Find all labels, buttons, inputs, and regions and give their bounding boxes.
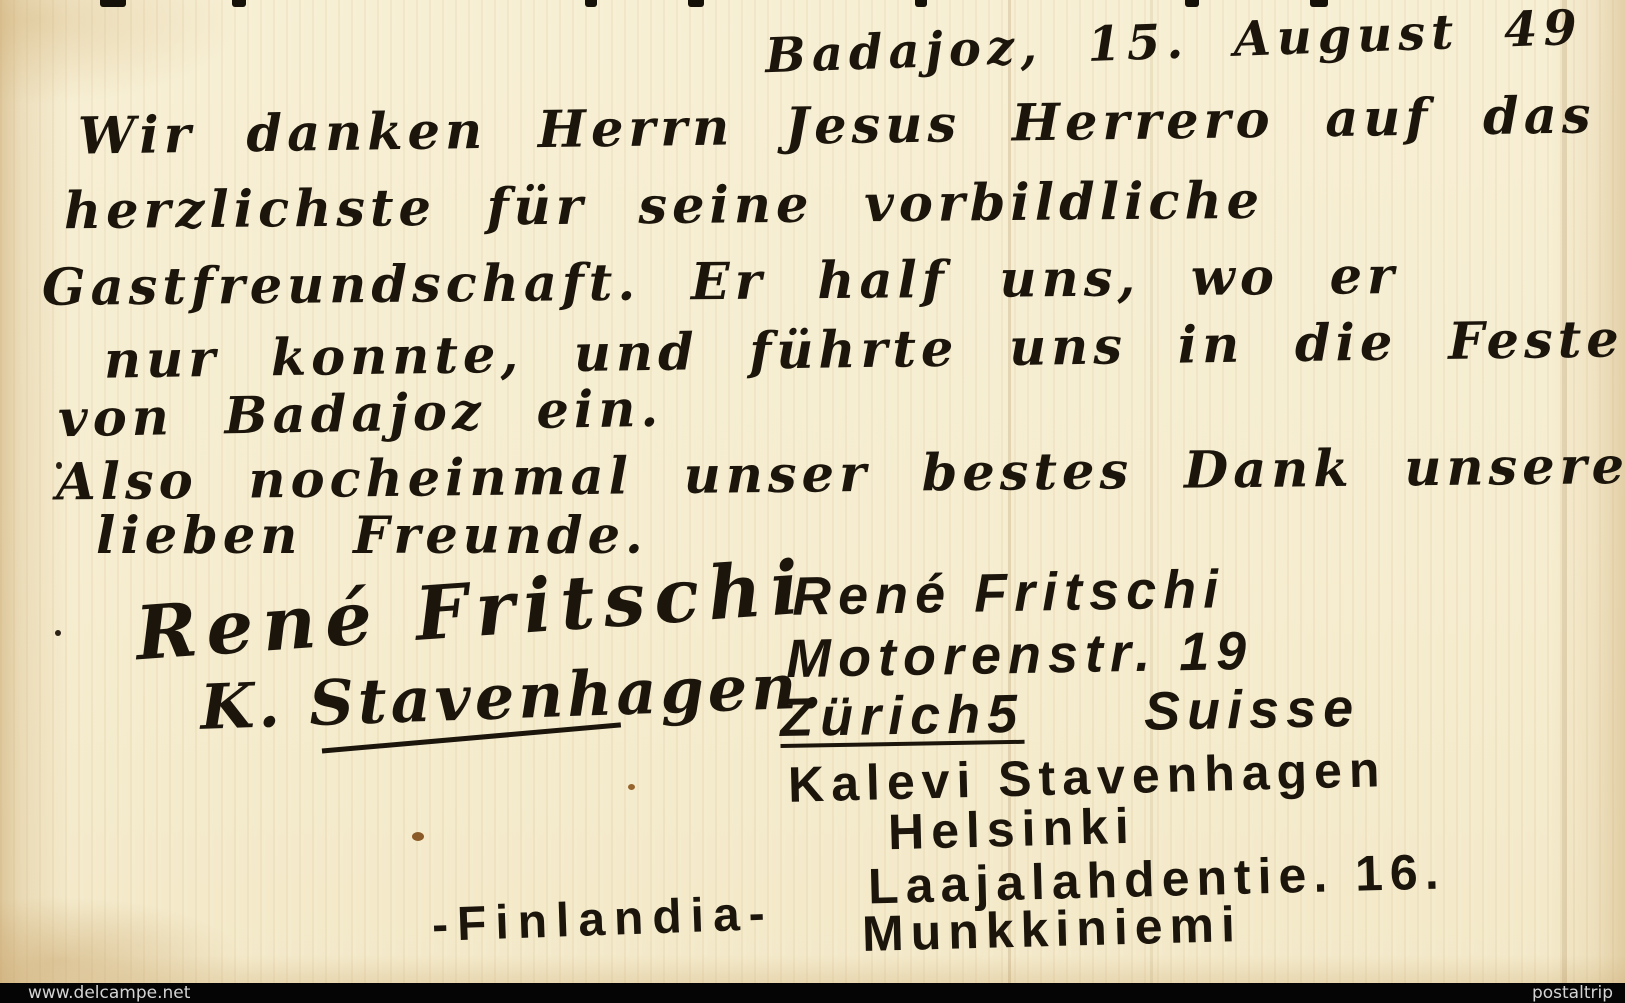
body-line-2: herzlichste für seine vorbildliche [64,171,1265,241]
body-line-3: Gastfreundschaft. Er half uns, wo er [42,246,1399,318]
watermark-postaltrip: postaltrip [1532,983,1613,1003]
watermark-delcampe: www.delcampe.net [28,983,190,1003]
edge-ink-mark [100,0,126,7]
edge-ink-mark [688,0,704,7]
edge-ink-mark [1310,0,1328,7]
paper-speck [55,630,61,636]
spacer [1024,730,1144,732]
edge-ink-mark [915,0,927,7]
recipient-district: Munkkiniemi [861,895,1242,963]
body-line-7: lieben Freunde. [96,506,648,566]
paper-speck [412,832,424,841]
sender-country: Suisse [1144,678,1361,742]
paper-speck [628,784,635,790]
sender-city-line: Zürich5Suisse [780,677,1361,749]
postcard-scan: Badajoz, 15. August 49 Wir danken Herrn … [0,0,1625,1003]
watermark-bar: www.delcampe.net postaltrip [0,983,1625,1003]
edge-ink-mark [1185,0,1199,7]
body-line-5: von Badajoz ein. [58,379,664,450]
sender-name: René Fritschi [791,558,1225,628]
sender-city: Zürich5 [780,684,1025,748]
edge-ink-mark [585,0,597,7]
edge-ink-mark [232,0,246,7]
